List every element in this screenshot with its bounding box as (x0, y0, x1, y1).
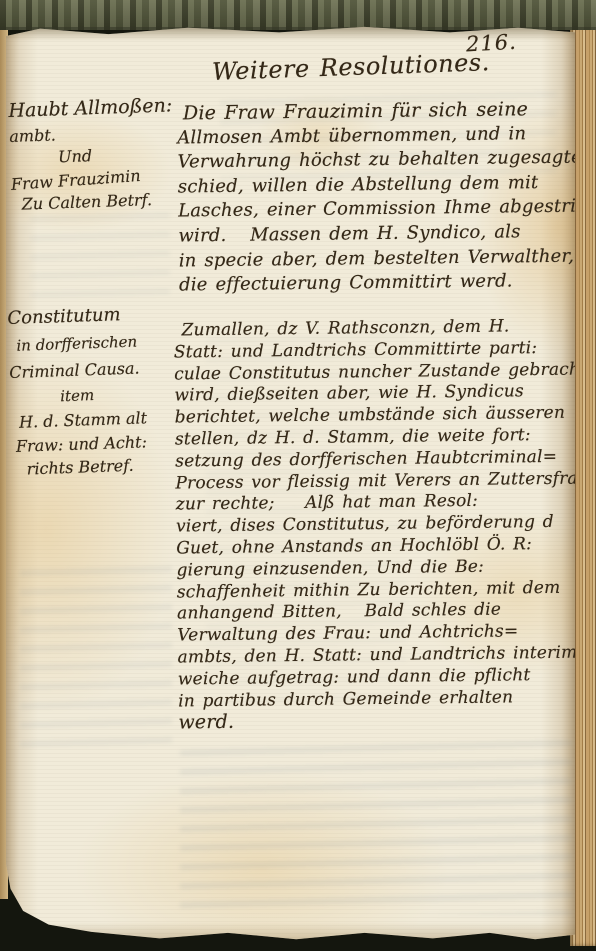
body-paragraph-2: Zumallen, dz V. Rathsconzn, dem H. Statt… (173, 316, 586, 735)
bleed-through-text (20, 557, 172, 749)
manuscript-photo: 216. Weitere Resolutiones. Haubt Allmoße… (0, 0, 596, 951)
bleed-through-text (30, 203, 170, 299)
manuscript-line: in specie aber, dem bestelten Verwalther… (179, 244, 583, 274)
body-paragraph-1: Die Fraw Frauzimin für sich seine Allmos… (177, 97, 583, 299)
margin-note-allmosenamt: Haubt Allmoßen: ambt. Und Fraw Frauzimin… (8, 92, 184, 217)
margin-note-constitutum: Constitutum in dorfferischen Criminal Ca… (7, 298, 185, 481)
manuscript-line: Lasches, einer Commission Ihme abgestric… (178, 195, 582, 225)
manuscript-line: werd. (178, 708, 586, 735)
book-head-binding (0, 0, 596, 30)
manuscript-line: die effectuierung Committirt werd. (179, 269, 583, 299)
margin-note-line: richts Betref. (12, 452, 185, 481)
bleed-through-text (180, 737, 572, 915)
page-title: Weitere Resolutiones. (212, 48, 491, 86)
manuscript-page: 216. Weitere Resolutiones. Haubt Allmoße… (6, 25, 575, 942)
